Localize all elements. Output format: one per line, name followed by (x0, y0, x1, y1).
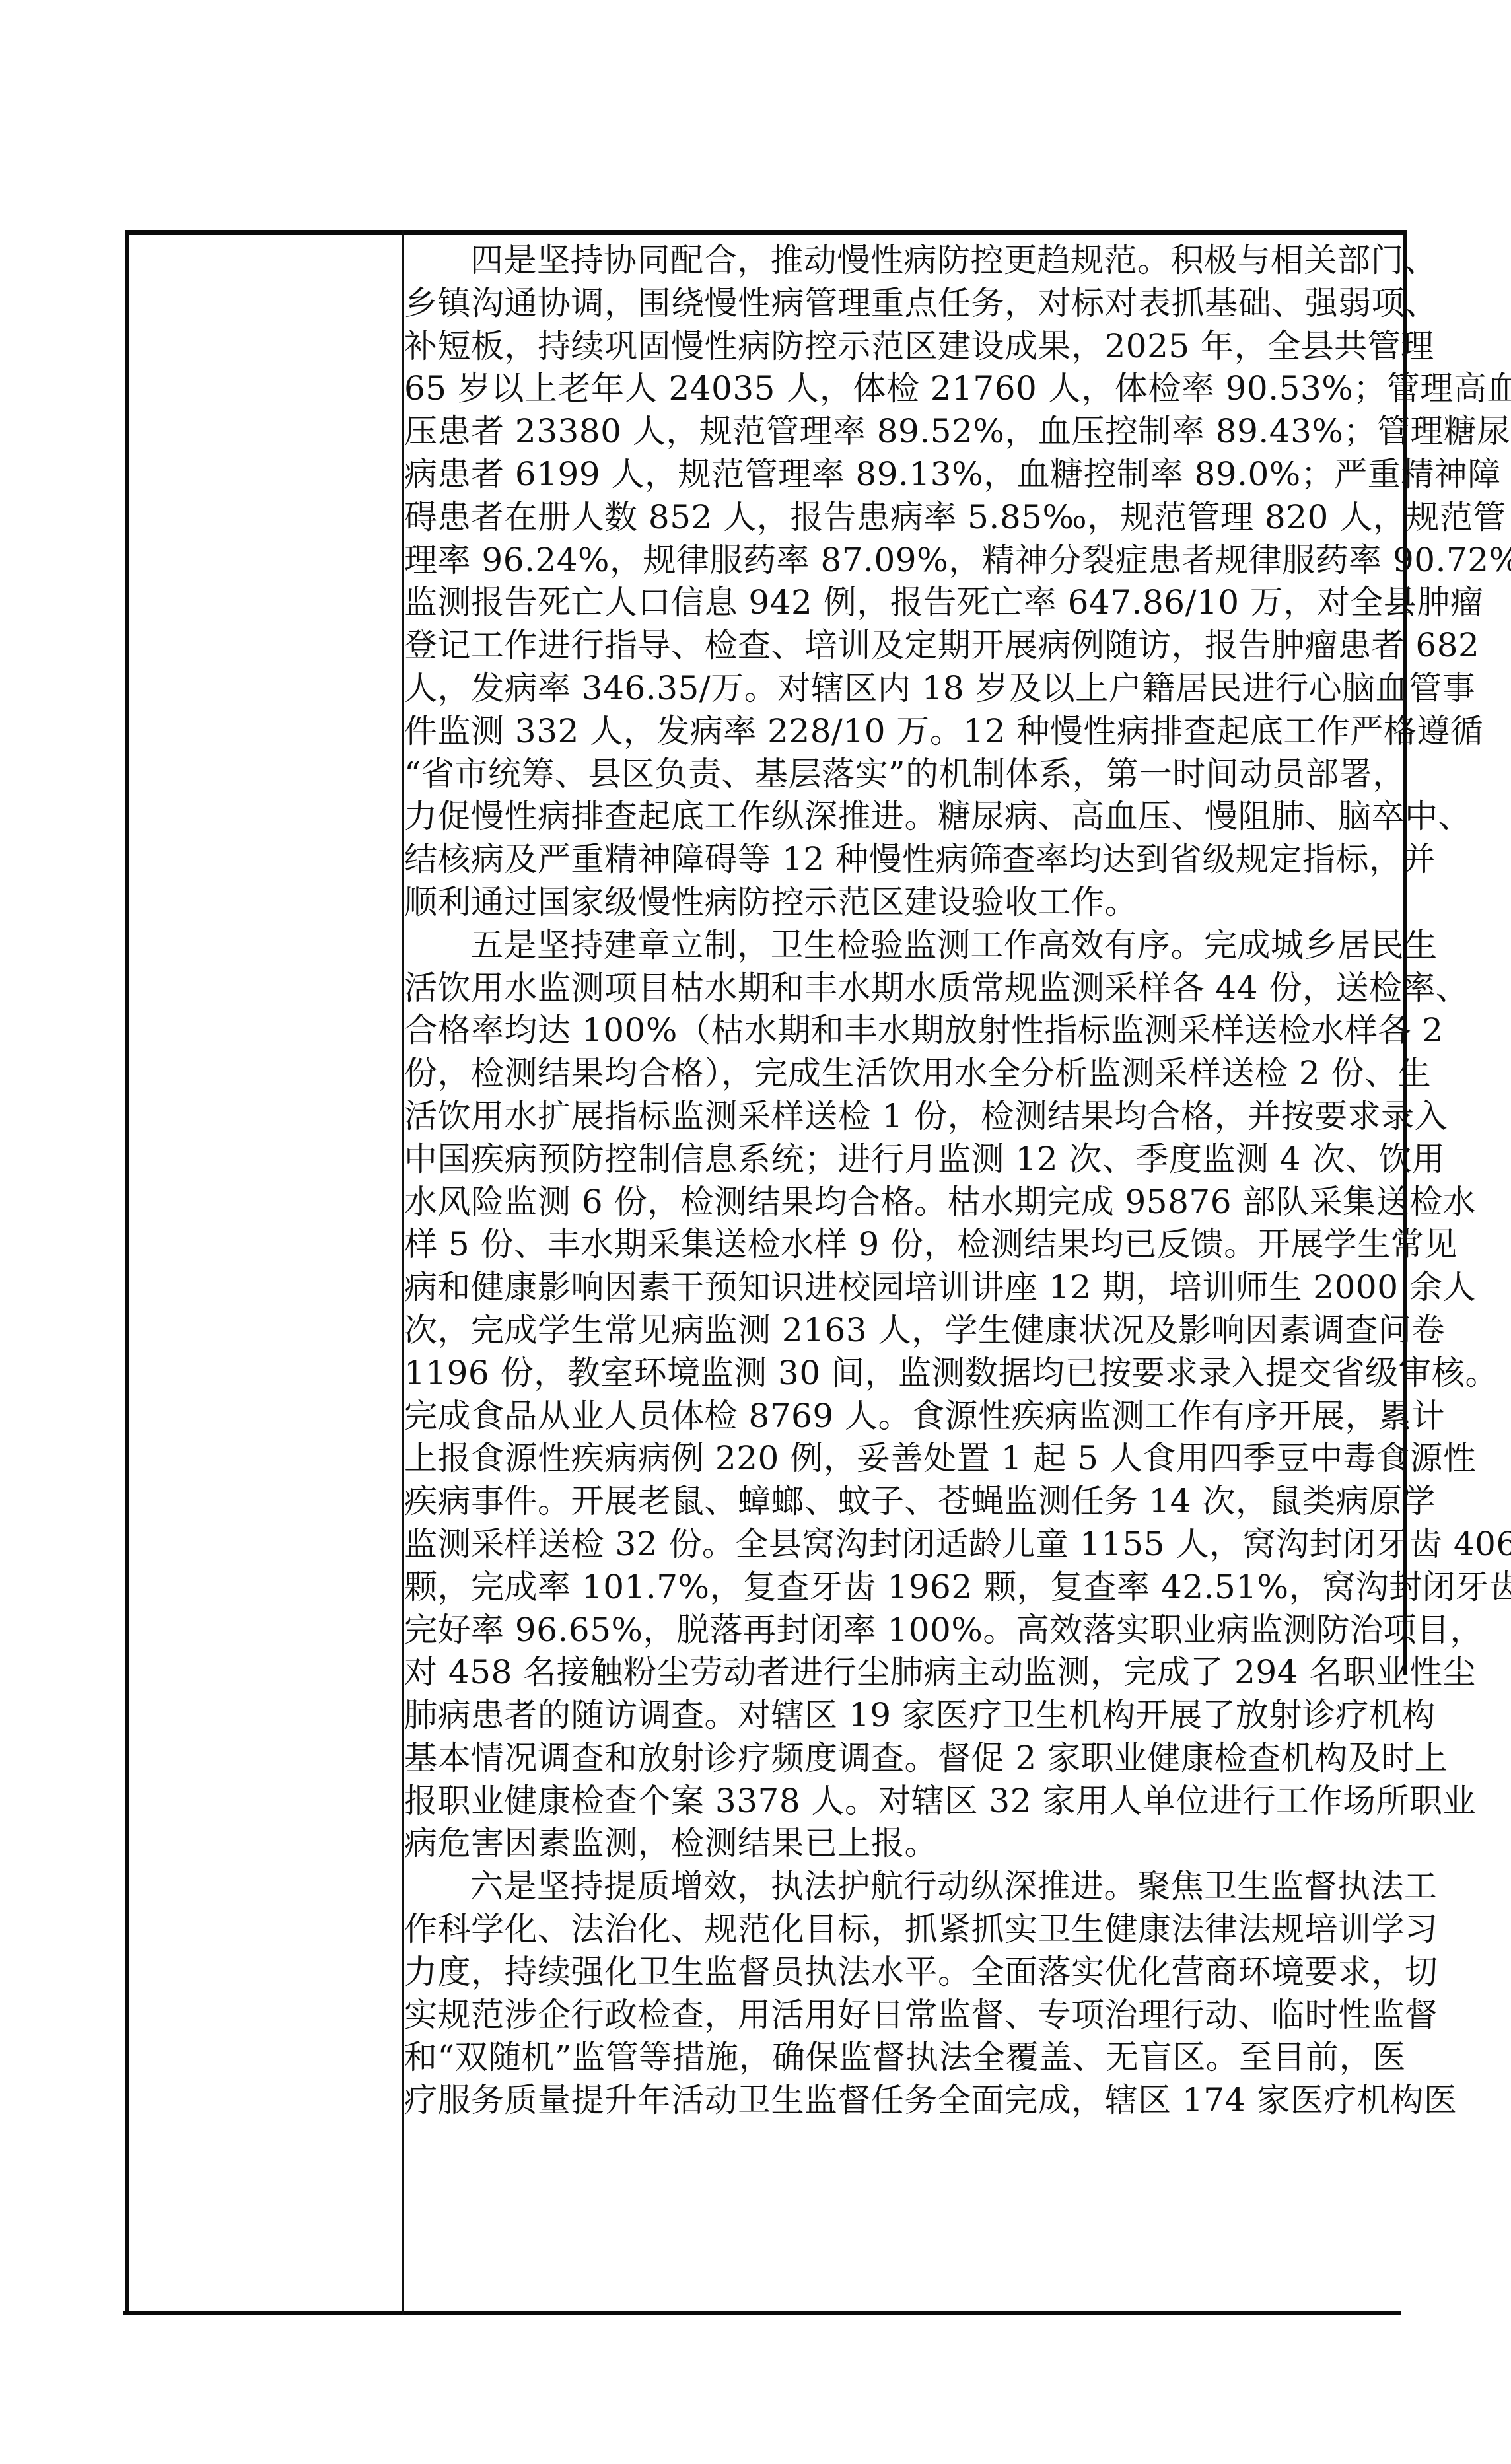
text-line: 件监测 332 人，发病率 228/10 万。12 种慢性病排查起底工作严格遵循 (404, 710, 1401, 753)
text-line: 活饮用水扩展指标监测采样送检 1 份，检测结果均合格，并按要求录入 (404, 1095, 1401, 1138)
text-line: 对 458 名接触粉尘劳动者进行尘肺病主动监测，完成了 294 名职业性尘 (404, 1651, 1401, 1694)
text-line: 人，发病率 346.35/万。对辖区内 18 岁及以上户籍居民进行心脑血管事 (404, 667, 1401, 710)
table-content-cell: 四是坚持协同配合，推动慢性病防控更趋规范。积极与相关部门、乡镇沟通协调，围绕慢性… (404, 239, 1401, 2122)
text-line: 颗，完成率 101.7%，复查牙齿 1962 颗，复查率 42.51%，窝沟封闭… (404, 1566, 1401, 1609)
text-line: 份，检测结果均合格），完成生活饮用水全分析监测采样送检 2 份、生 (404, 1052, 1401, 1095)
text-line: 理率 96.24%，规律服药率 87.09%，精神分裂症患者规律服药率 90.7… (404, 539, 1401, 582)
text-line: 五是坚持建章立制，卫生检验监测工作高效有序。完成城乡居民生 (404, 924, 1401, 967)
text-line: 碍患者在册人数 852 人，报告患病率 5.85‰，规范管理 820 人，规范管 (404, 496, 1401, 539)
text-line: 合格率均达 100%（枯水期和丰水期放射性指标监测采样送检水样各 2 (404, 1009, 1401, 1052)
text-line: 和“双随机”监管等措施，确保监督执法全覆盖、无盲区。至目前，医 (404, 2036, 1401, 2079)
text-line: 病危害因素监测，检测结果已上报。 (404, 1822, 1401, 1865)
paragraph-six: 六是坚持提质增效，执法护航行动纵深推进。聚焦卫生监督执法工作科学化、法治化、规范… (404, 1865, 1401, 2122)
text-line: 完成食品从业人员体检 8769 人。食源性疾病监测工作有序开展，累计 (404, 1395, 1401, 1438)
column-divider (402, 230, 404, 2315)
paragraph-five: 五是坚持建章立制，卫生检验监测工作高效有序。完成城乡居民生活饮用水监测项目枯水期… (404, 924, 1401, 1866)
text-line: 压患者 23380 人，规范管理率 89.52%，血压控制率 89.43%；管理… (404, 410, 1401, 453)
text-line: 力促慢性病排查起底工作纵深推进。糖尿病、高血压、慢阻肺、脑卒中、 (404, 795, 1401, 838)
text-line: 力度，持续强化卫生监督员执法水平。全面落实优化营商环境要求，切 (404, 1951, 1401, 1994)
text-line: 65 岁以上老年人 24035 人，体检 21760 人，体检率 90.53%；… (404, 367, 1401, 410)
text-line: 上报食源性疾病病例 220 例，妥善处置 1 起 5 人食用四季豆中毒食源性 (404, 1437, 1401, 1480)
table-border-bottom (123, 2311, 1401, 2315)
text-line: 次，完成学生常见病监测 2163 人，学生健康状况及影响因素调查问卷 (404, 1309, 1401, 1352)
text-line: 病和健康影响因素干预知识进校园培训讲座 12 期，培训师生 2000 余人 (404, 1266, 1401, 1309)
text-line: 肺病患者的随访调查。对辖区 19 家医疗卫生机构开展了放射诊疗机构 (404, 1694, 1401, 1737)
text-line: 六是坚持提质增效，执法护航行动纵深推进。聚焦卫生监督执法工 (404, 1865, 1401, 1908)
text-line: 中国疾病预防控制信息系统；进行月监测 12 次、季度监测 4 次、饮用 (404, 1138, 1401, 1181)
text-line: 补短板，持续巩固慢性病防控示范区建设成果，2025 年，全县共管理 (404, 325, 1401, 368)
text-line: 实规范涉企行政检查，用活用好日常监督、专项治理行动、临时性监督 (404, 1994, 1401, 2037)
text-line: 基本情况调查和放射诊疗频度调查。督促 2 家职业健康检查机构及时上 (404, 1737, 1401, 1780)
text-line: 病患者 6199 人，规范管理率 89.13%，血糖控制率 89.0%；严重精神… (404, 453, 1401, 496)
text-line: 四是坚持协同配合，推动慢性病防控更趋规范。积极与相关部门、 (404, 239, 1401, 282)
text-line: 监测报告死亡人口信息 942 例，报告死亡率 647.86/10 万，对全县肿瘤 (404, 581, 1401, 624)
table-label-cell (129, 235, 402, 2311)
text-line: 作科学化、法治化、规范化目标，抓紧抓实卫生健康法律法规培训学习 (404, 1908, 1401, 1951)
text-line: 疗服务质量提升年活动卫生监督任务全面完成，辖区 174 家医疗机构医 (404, 2079, 1401, 2122)
text-line: 登记工作进行指导、检查、培训及定期开展病例随访，报告肿瘤患者 682 (404, 624, 1401, 667)
document-page: 四是坚持协同配合，推动慢性病防控更趋规范。积极与相关部门、乡镇沟通协调，围绕慢性… (0, 0, 1511, 2464)
table-border-top (125, 230, 1407, 235)
text-line: 活饮用水监测项目枯水期和丰水期水质常规监测采样各 44 份，送检率、 (404, 967, 1401, 1010)
text-line: 样 5 份、丰水期采集送检水样 9 份，检测结果均已反馈。开展学生常见 (404, 1223, 1401, 1266)
text-line: 疾病事件。开展老鼠、蟑螂、蚊子、苍蝇监测任务 14 次，鼠类病原学 (404, 1480, 1401, 1523)
text-line: 监测采样送检 32 份。全县窝沟封闭适龄儿童 1155 人，窝沟封闭牙齿 406… (404, 1523, 1401, 1566)
paragraph-four: 四是坚持协同配合，推动慢性病防控更趋规范。积极与相关部门、乡镇沟通协调，围绕慢性… (404, 239, 1401, 924)
text-line: 水风险监测 6 份，检测结果均合格。枯水期完成 95876 部队采集送检水 (404, 1181, 1401, 1224)
text-line: 乡镇沟通协调，围绕慢性病管理重点任务，对标对表抓基础、强弱项、 (404, 282, 1401, 325)
text-line: 完好率 96.65%，脱落再封闭率 100%。高效落实职业病监测防治项目， (404, 1609, 1401, 1652)
text-line: 顺利通过国家级慢性病防控示范区建设验收工作。 (404, 881, 1401, 924)
text-line: 1196 份，教室环境监测 30 间，监测数据均已按要求录入提交省级审核。 (404, 1352, 1401, 1395)
text-line: “省市统筹、县区负责、基层落实”的机制体系，第一时间动员部署， (404, 753, 1401, 796)
text-line: 结核病及严重精神障碍等 12 种慢性病筛查率均达到省级规定指标，并 (404, 838, 1401, 881)
text-line: 报职业健康检查个案 3378 人。对辖区 32 家用人单位进行工作场所职业 (404, 1780, 1401, 1823)
